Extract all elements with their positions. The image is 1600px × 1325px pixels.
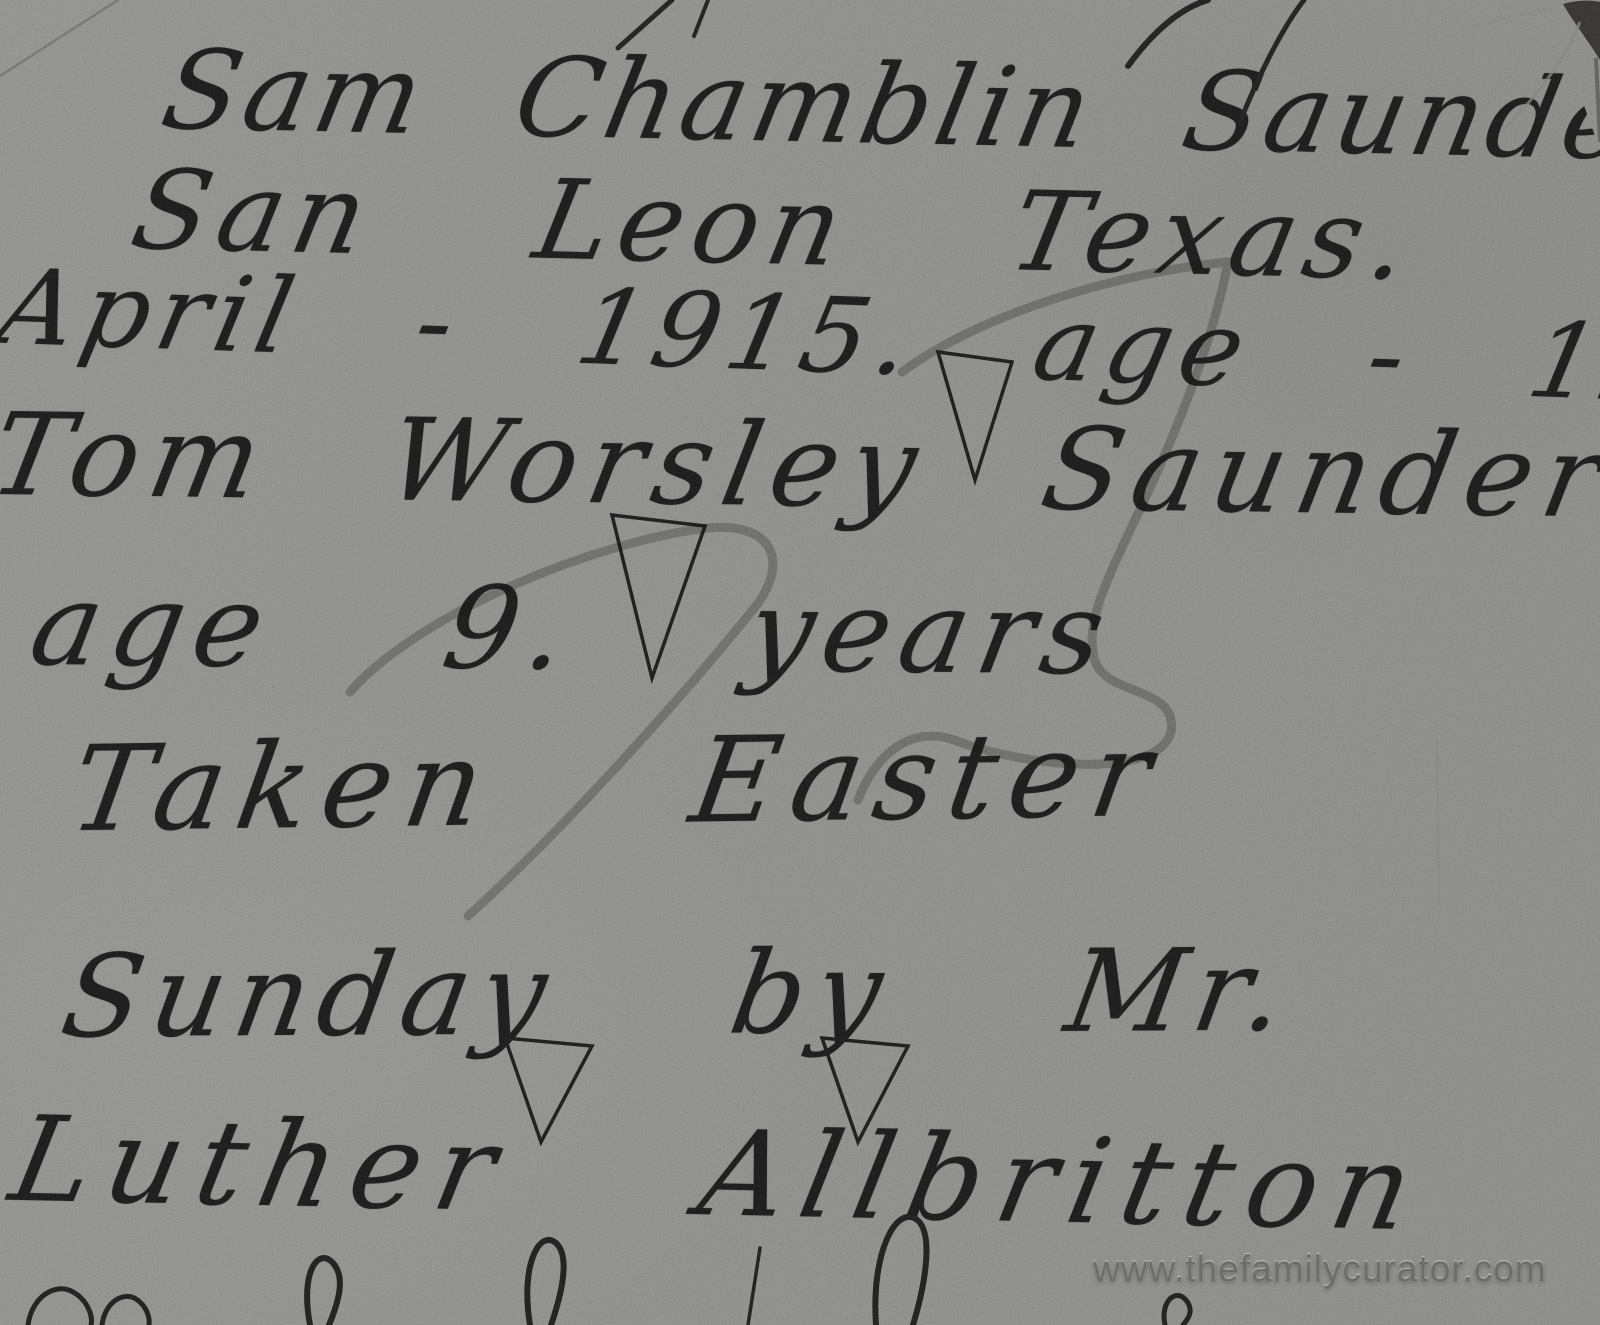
handwritten-line-age-2: age 9. years [21, 558, 1124, 700]
handwritten-line-sunday: Sunday by Mr. [53, 924, 1305, 1064]
handwritten-line-taken: Taken Easter [62, 705, 1174, 859]
watermark-text: www.thefamilycurator.com [1093, 1248, 1547, 1290]
handwritten-line-name-2: Tom Worsley Saunders [0, 388, 1600, 544]
handwritten-line-photographer: Luther Allbritton [1, 1090, 1439, 1257]
corner-fold-top-left [0, 0, 118, 76]
handwritten-photo-back-scan: Sam Chamblin Saunders. San Leon Texas. A… [0, 0, 1600, 1325]
scratch-mark [1437, 738, 1439, 905]
